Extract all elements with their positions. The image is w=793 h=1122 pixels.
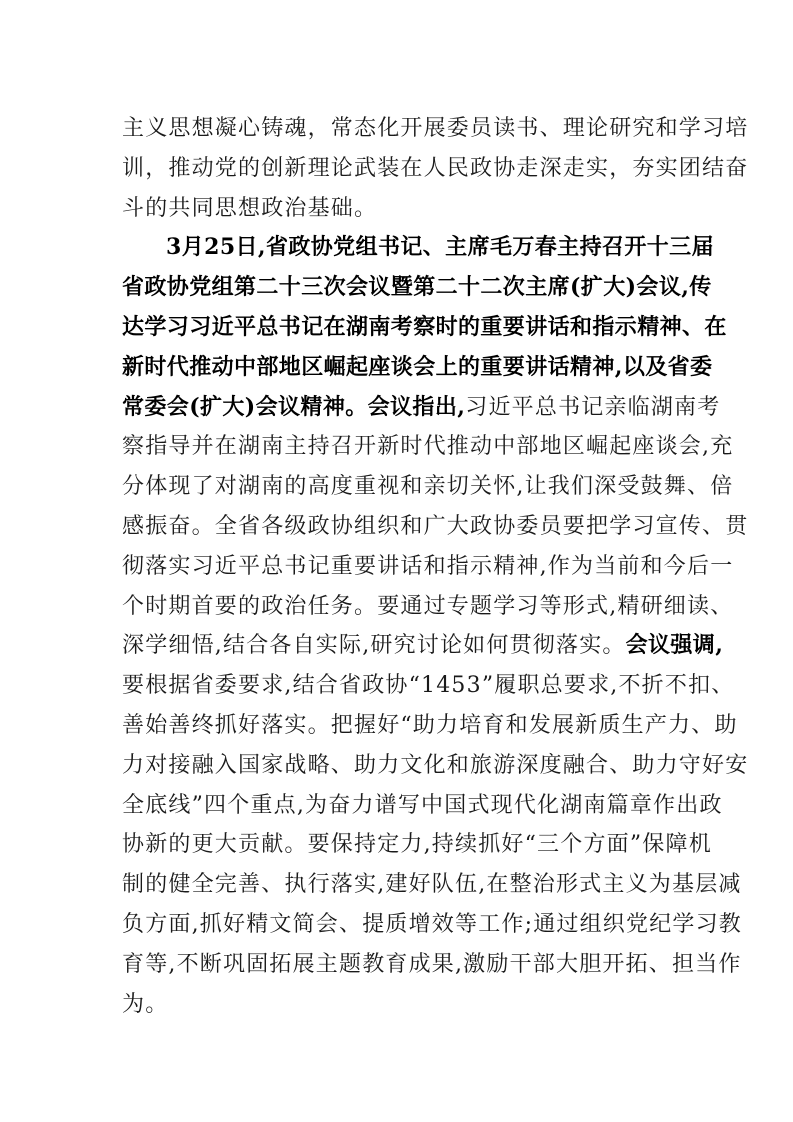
text-line: 为。 xyxy=(122,985,674,1025)
bold-lead-text: 达学习习近平总书记在湖南考察时的重要讲话和指示精神、在 xyxy=(122,314,727,340)
text-line: 训，推动党的创新理论武装在人民政协走深走实，夯实团结奋 xyxy=(122,149,674,189)
text-line: 要根据省委要求,结合省政协“1453”履职总要求,不折不扣、 xyxy=(122,666,674,706)
bold-lead-text: 省政协党组第二十三次会议暨第二十二次主席(扩大)会议,传 xyxy=(122,274,712,300)
text-line: 新时代推动中部地区崛起座谈会上的重要讲话精神,以及省委 xyxy=(122,348,674,388)
bold-lead-text: 新时代推动中部地区崛起座谈会上的重要讲话精神,以及省委 xyxy=(122,354,712,380)
bold-lead-text: 3月25日,省政协党组书记、主席毛万春主持召开十三届 xyxy=(166,234,714,260)
text-line: 斗的共同思想政治基础。 xyxy=(122,189,674,229)
text-line: 深学细悟,结合各自实际,研究讨论如何贯彻落实。会议强调, xyxy=(122,626,674,666)
text-line: 负方面,抓好精文简会、提质增效等工作;通过组织党纪学习教 xyxy=(122,905,674,945)
body-text: 习近平总书记亲临湖南考 xyxy=(465,395,720,420)
text-line: 制的健全完善、执行落实,建好队伍,在整治形式主义为基层减 xyxy=(122,865,674,905)
document-body: 主义思想凝心铸魂，常态化开展委员读书、理论研究和学习培 训，推动党的创新理论武装… xyxy=(122,109,674,1024)
body-text: 深学细悟,结合各自实际,研究讨论如何贯彻落实。 xyxy=(122,633,626,658)
text-line: 省政协党组第二十三次会议暨第二十二次主席(扩大)会议,传 xyxy=(122,268,674,308)
paragraph-1: 主义思想凝心铸魂，常态化开展委员读书、理论研究和学习培 训，推动党的创新理论武装… xyxy=(122,109,674,228)
text-line: 分体现了对湖南的高度重视和亲切关怀,让我们深受鼓舞、倍 xyxy=(122,467,674,507)
text-line: 感振奋。全省各级政协组织和广大政协委员要把学习宣传、贯 xyxy=(122,507,674,547)
text-line: 常委会(扩大)会议精神。会议指出,习近平总书记亲临湖南考 xyxy=(122,388,674,428)
bold-label-meeting-emphasized: 会议强调, xyxy=(626,632,724,658)
document-page: 主义思想凝心铸魂，常态化开展委员读书、理论研究和学习培 训，推动党的创新理论武装… xyxy=(0,0,793,1122)
text-line: 全底线”四个重点,为奋力谱写中国式现代化湖南篇章作出政 xyxy=(122,786,674,826)
text-line: 达学习习近平总书记在湖南考察时的重要讲话和指示精神、在 xyxy=(122,308,674,348)
text-line: 协新的更大贡献。要保持定力,持续抓好“三个方面”保障机 xyxy=(122,825,674,865)
text-line: 3月25日,省政协党组书记、主席毛万春主持召开十三届 xyxy=(122,228,674,268)
text-line: 察指导并在湖南主持召开新时代推动中部地区崛起座谈会,充 xyxy=(122,427,674,467)
text-line: 彻落实习近平总书记重要讲话和指示精神,作为当前和今后一 xyxy=(122,547,674,587)
text-line: 个时期首要的政治任务。要通过专题学习等形式,精研细读、 xyxy=(122,587,674,627)
text-line: 育等,不断巩固拓展主题教育成果,激励干部大胆开拓、担当作 xyxy=(122,945,674,985)
bold-label-meeting-noted: 常委会(扩大)会议精神。会议指出, xyxy=(122,394,465,420)
text-line: 主义思想凝心铸魂，常态化开展委员读书、理论研究和学习培 xyxy=(122,109,674,149)
paragraph-2: 3月25日,省政协党组书记、主席毛万春主持召开十三届 省政协党组第二十三次会议暨… xyxy=(122,228,674,1024)
text-line: 善始善终抓好落实。把握好“助力培育和发展新质生产力、助 xyxy=(122,706,674,746)
text-line: 力对接融入国家战略、助力文化和旅游深度融合、助力守好安 xyxy=(122,746,674,786)
